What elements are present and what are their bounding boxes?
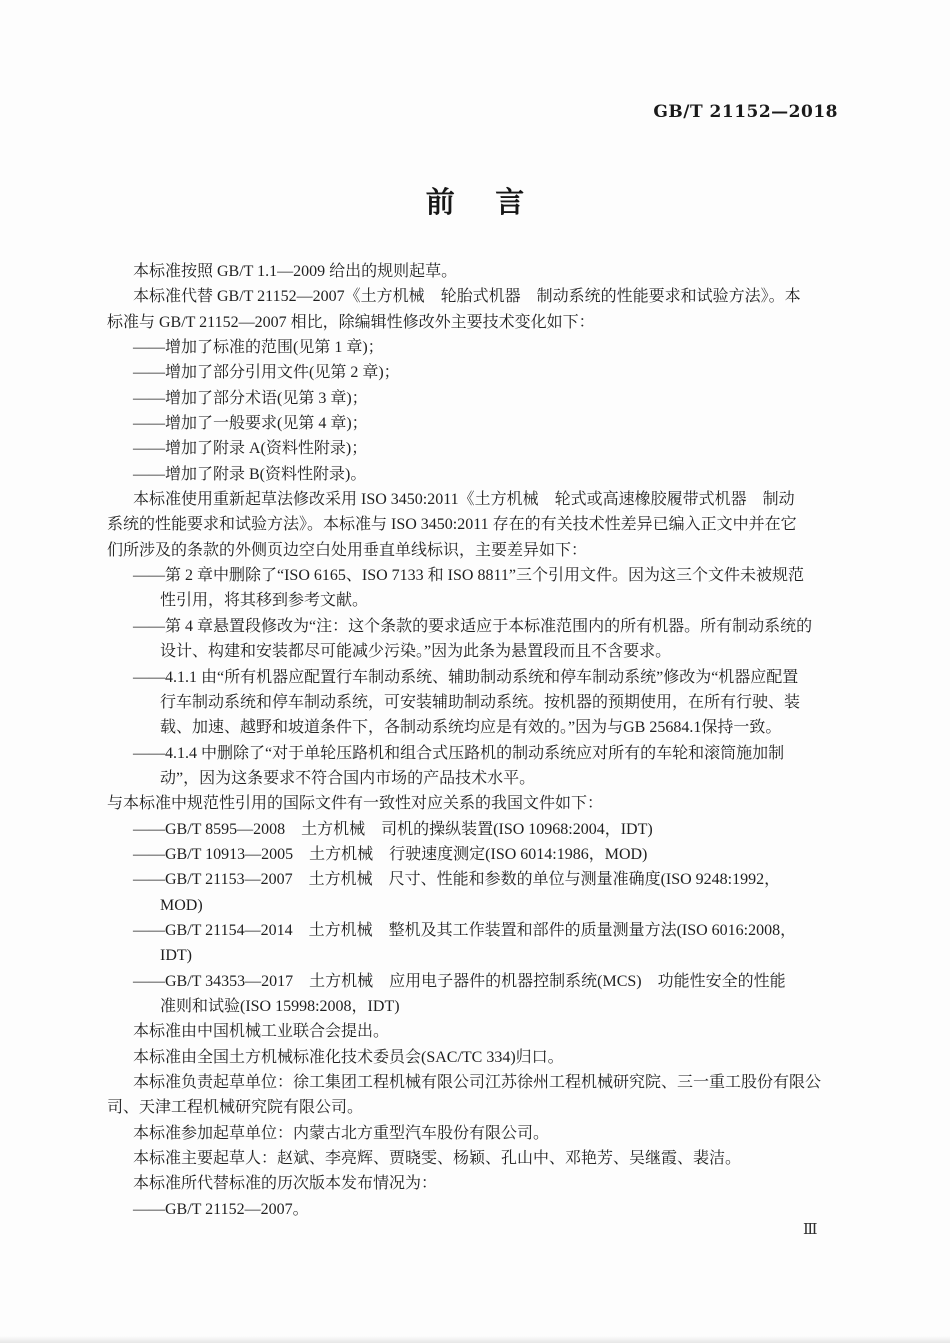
body-line: ——增加了附录 B(资料性附录)。 (107, 462, 852, 487)
page-number: Ⅲ (803, 1220, 817, 1238)
body-line: ——GB/T 21152—2007。 (107, 1197, 852, 1222)
body-line: ——增加了部分术语(见第 3 章)； (107, 386, 852, 411)
body-line: 性引用，将其移到参考文献。 (107, 588, 852, 613)
body-line: ——增加了附录 A(资料性附录)； (107, 436, 852, 461)
body-line: 本标准使用重新起草法修改采用 ISO 3450:2011《土方机械 轮式或高速橡… (107, 487, 852, 512)
body-line: 本标准所代替标准的历次版本发布情况为： (107, 1171, 852, 1196)
body-line: ——增加了一般要求(见第 4 章)； (107, 411, 852, 436)
body-line: ——GB/T 8595—2008 土方机械 司机的操纵装置(ISO 10968:… (107, 817, 852, 842)
body-line: 设计、构建和安装都尽可能减少污染。”因为此条为悬置段而且不含要求。 (107, 639, 852, 664)
body-line: ——增加了部分引用文件(见第 2 章)； (107, 360, 852, 385)
body-line: 行车制动系统和停车制动系统，可安装辅助制动系统。按机器的预期使用，在所有行驶、装 (107, 690, 852, 715)
body-line: 本标准由全国土方机械标准化技术委员会(SAC/TC 334)归口。 (107, 1045, 852, 1070)
body-line: 们所涉及的条款的外侧页边空白处用垂直单线标识，主要差异如下： (107, 538, 852, 563)
body-line: 本标准主要起草人：赵斌、李亮辉、贾晓雯、杨颖、孔山中、邓艳芳、吴继霞、裴洁。 (107, 1146, 852, 1171)
body-line: 标准与 GB/T 21152—2007 相比，除编辑性修改外主要技术变化如下： (107, 310, 852, 335)
body-line: ——增加了标准的范围(见第 1 章)； (107, 335, 852, 360)
body-line: ——第 2 章中删除了“ISO 6165、ISO 7133 和 ISO 8811… (107, 563, 852, 588)
body-line: 动”，因为这条要求不符合国内市场的产品技术水平。 (107, 766, 852, 791)
body-line: 准则和试验(ISO 15998:2008，IDT) (107, 994, 852, 1019)
page-title-text: 前言 (426, 187, 565, 219)
scan-edge-shadow (0, 1336, 950, 1343)
body-line: 载、加速、越野和坡道条件下，各制动系统均应是有效的。”因为与GB 25684.1… (107, 715, 852, 740)
body-line: ——GB/T 21153—2007 土方机械 尺寸、性能和参数的单位与测量准确度… (107, 867, 852, 892)
body-line: 与本标准中规范性引用的国际文件有一致性对应关系的我国文件如下： (107, 791, 852, 816)
body-line: 本标准按照 GB/T 1.1—2009 给出的规则起草。 (107, 259, 852, 284)
document-page: GB/T 21152—2018 前言 本标准按照 GB/T 1.1—2009 给… (0, 0, 950, 1343)
body-line: IDT) (107, 943, 852, 968)
body-line: 本标准代替 GB/T 21152—2007《土方机械 轮胎式机器 制动系统的性能… (107, 284, 852, 309)
body-line: 本标准负责起草单位：徐工集团工程机械有限公司江苏徐州工程机械研究院、三一重工股份… (107, 1070, 852, 1095)
body-line: ——4.1.1 由“所有机器应配置行车制动系统、辅助制动系统和停车制动系统”修改… (107, 665, 852, 690)
body-line: 系统的性能要求和试验方法》。本标准与 ISO 3450:2011 存在的有关技术… (107, 512, 852, 537)
body-line: ——4.1.4 中删除了“对于单轮压路机和组合式压路机的制动系统应对所有的车轮和… (107, 741, 852, 766)
foreword-body: 本标准按照 GB/T 1.1—2009 给出的规则起草。本标准代替 GB/T 2… (0, 259, 950, 1222)
body-line: MOD) (107, 893, 852, 918)
body-line: ——第 4 章悬置段修改为“注：这个条款的要求适应于本标准范围内的所有机器。所有… (107, 614, 852, 639)
page-title: 前言 (0, 180, 950, 221)
body-line: ——GB/T 21154—2014 土方机械 整机及其工作装置和部件的质量测量方… (107, 918, 852, 943)
body-line: 本标准由中国机械工业联合会提出。 (107, 1019, 852, 1044)
body-line: ——GB/T 34353—2017 土方机械 应用电子器件的机器控制系统(MCS… (107, 969, 852, 994)
standard-number: GB/T 21152—2018 (653, 102, 838, 122)
body-line: 本标准参加起草单位：内蒙古北方重型汽车股份有限公司。 (107, 1121, 852, 1146)
body-line: ——GB/T 10913—2005 土方机械 行驶速度测定(ISO 6014:1… (107, 842, 852, 867)
body-line: 司、天津工程机械研究院有限公司。 (107, 1095, 852, 1120)
